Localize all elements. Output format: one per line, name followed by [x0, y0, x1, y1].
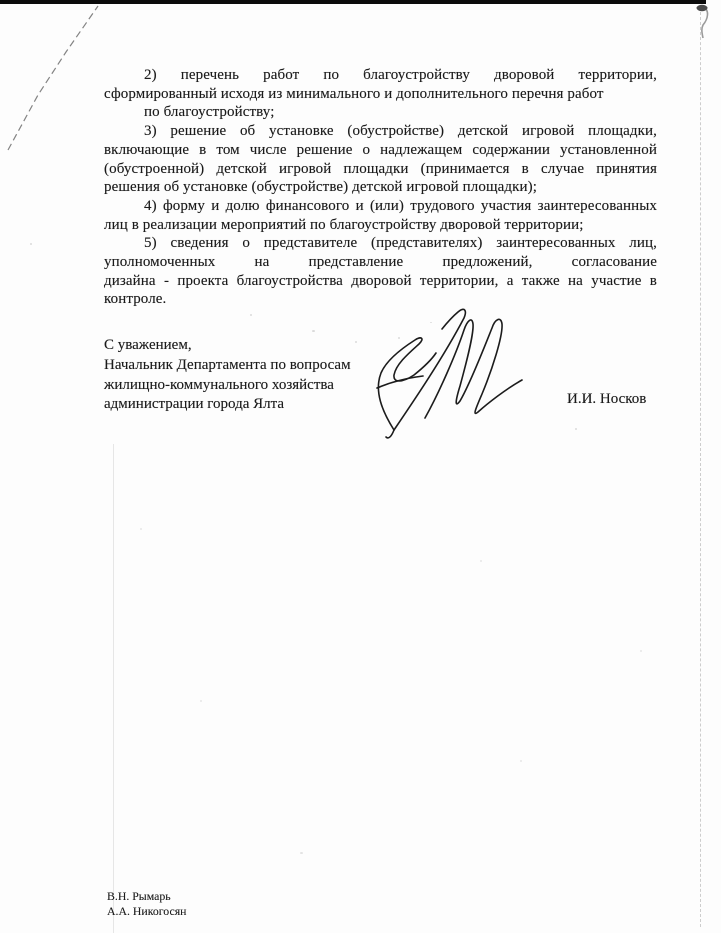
scan-corner-smudge: [690, 2, 720, 42]
body-line: решения об установке (обустройстве) детс…: [104, 178, 657, 197]
scan-speckle: [250, 314, 252, 316]
scan-speckle: [355, 341, 357, 343]
footer-name-2: А.А. Никогосян: [107, 904, 186, 919]
body-line: сформированный исходя из минимального и …: [104, 85, 657, 104]
body-line: уполномоченных на представление предложе…: [104, 253, 657, 272]
scan-speckle: [140, 528, 142, 530]
scan-fold-line-left: [113, 444, 114, 933]
body-line: включающие в том числе решение о надлежа…: [104, 141, 657, 160]
scan-speckle: [640, 650, 642, 652]
closing-title-line-1: Начальник Департамента по вопросам: [104, 356, 351, 376]
scan-speckle: [520, 760, 522, 762]
signer-name: И.И. Носков: [567, 391, 646, 408]
body-line: дизайна - проекта благоустройства дворов…: [104, 272, 657, 291]
closing-salutation: С уважением,: [104, 336, 351, 356]
closing-title-line-3: администрации города Ялта: [104, 395, 351, 415]
body-line: 5) сведения о представителе (представите…: [104, 234, 657, 253]
body-line: по благоустройству;: [104, 103, 657, 122]
body-line: 3) решение об установке (обустройстве) д…: [104, 122, 657, 141]
body-line: лиц в реализации мероприятий по благоуст…: [104, 216, 657, 235]
scan-speckle: [30, 243, 32, 245]
scan-speckle: [300, 852, 303, 854]
document-page: 2) перечень работ по благоустройству дво…: [0, 0, 721, 933]
body-line: 4) форму и долю финансового и (или) труд…: [104, 197, 657, 216]
footer-name-1: В.Н. Рымарь: [107, 889, 186, 904]
scan-speckle: [480, 560, 482, 562]
closing-block: С уважением, Начальник Департамента по в…: [104, 336, 351, 415]
scan-speckle: [200, 700, 202, 702]
scan-scratch-mark: [0, 0, 120, 160]
scan-speckle: [575, 428, 577, 430]
body-line: 2) перечень работ по благоустройству дво…: [104, 66, 657, 85]
footer-initials: В.Н. Рымарь А.А. Никогосян: [107, 889, 186, 919]
scan-speckle: [312, 330, 315, 332]
scan-grain-line-right: [700, 12, 701, 927]
signature-handwriting: [367, 296, 533, 448]
body-line: (обустроенной) детской игровой площадки …: [104, 160, 657, 179]
closing-title-line-2: жилищно-коммунального хозяйства: [104, 376, 351, 396]
body-text: 2) перечень работ по благоустройству дво…: [104, 66, 657, 309]
